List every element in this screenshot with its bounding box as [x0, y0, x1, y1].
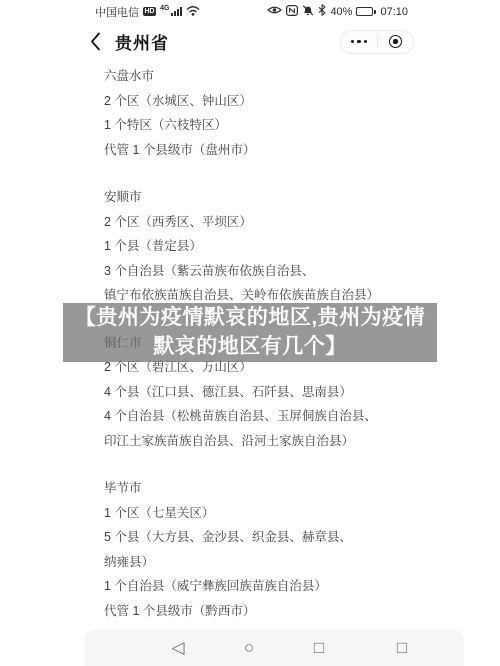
- page-title: 贵州省: [115, 29, 169, 54]
- nav-dock-button[interactable]: □: [397, 639, 407, 656]
- division-line: 2 个区（水城区、钟山区）: [104, 89, 444, 114]
- clock-label: 07:10: [380, 6, 408, 18]
- nfc-icon: [286, 5, 298, 19]
- status-bar: 中国电信 HD 4G: [95, 3, 408, 20]
- signal-strength-icon: [171, 7, 182, 16]
- phone-screen: 中国电信 HD 4G: [0, 0, 500, 666]
- battery-icon: [356, 7, 376, 16]
- ellipsis-icon: [351, 40, 368, 44]
- city-name: 安顺市: [104, 185, 444, 210]
- target-circle-icon: [389, 35, 402, 48]
- nav-recents-button[interactable]: □: [314, 639, 324, 656]
- city-name: 六盘水市: [104, 64, 444, 89]
- division-line: 3 个自治县（紫云苗族布依族自治县、: [104, 259, 444, 284]
- division-line: 1 个特区（六枝特区）: [104, 113, 444, 138]
- hd-badge-icon: HD: [143, 7, 156, 16]
- app-header: 贵州省: [88, 28, 414, 55]
- nav-back-button[interactable]: ◁: [171, 639, 184, 656]
- android-nav-bar: ◁○□□: [84, 630, 464, 666]
- city-section: 毕节市 1 个区（七星关区）5 个县（大方县、金沙县、织金县、赫章县、纳雍县）1…: [104, 476, 444, 623]
- division-line: 1 个自治县（威宁彝族回族苗族自治县）: [104, 574, 444, 599]
- watermark-banner: 【贵州为疫情默哀的地区,贵州为疫情 默哀的地区有几个】: [63, 303, 437, 362]
- status-bar-left: 中国电信 HD 4G: [95, 4, 200, 20]
- mute-icon: [302, 5, 314, 19]
- miniprogram-capsule: [340, 30, 414, 54]
- division-line: 代管 1 个县级市（盘州市）: [104, 138, 444, 163]
- nav-home-button[interactable]: ○: [244, 639, 254, 656]
- city-name: 毕节市: [104, 476, 444, 501]
- battery-percent-label: 40%: [330, 6, 352, 18]
- status-bar-right: 40% 07:10: [267, 4, 408, 19]
- back-button[interactable]: [88, 30, 103, 53]
- division-line: 4 个自治县（松桃苗族自治县、玉屏侗族自治县、: [104, 404, 444, 429]
- city-section: 安顺市 2 个区（西秀区、平坝区）1 个县（普定县）3 个自治县（紫云苗族布依族…: [104, 185, 444, 308]
- division-line: 1 个县（普定县）: [104, 234, 444, 259]
- division-line: 2 个区（西秀区、平坝区）: [104, 210, 444, 235]
- more-options-button[interactable]: [341, 31, 377, 53]
- division-line: 代管 1 个县级市（黔西市）: [104, 599, 444, 624]
- watermark-line1: 【贵州为疫情默哀的地区,贵州为疫情: [63, 304, 437, 333]
- division-line: 1 个区（七星关区）: [104, 501, 444, 526]
- division-line: 印江土家族苗族自治县、沿河土家族自治县）: [104, 429, 444, 454]
- bluetooth-icon: [318, 4, 326, 19]
- division-line: 5 个县（大方县、金沙县、织金县、赫章县、: [104, 525, 444, 550]
- eye-comfort-icon: [267, 5, 282, 18]
- division-line: 纳雍县）: [104, 550, 444, 575]
- city-section: 六盘水市 2 个区（水城区、钟山区）1 个特区（六枝特区）代管 1 个县级市（盘…: [104, 64, 444, 162]
- watermark-line2: 默哀的地区有几个】: [63, 333, 437, 362]
- back-chevron-icon: [90, 32, 101, 51]
- network-type-label: 4G: [160, 5, 169, 12]
- wifi-icon: [186, 5, 200, 19]
- carrier-label: 中国电信: [95, 4, 139, 20]
- division-line: 4 个县（江口县、德江县、石阡县、思南县）: [104, 380, 444, 405]
- close-miniprogram-button[interactable]: [378, 31, 414, 53]
